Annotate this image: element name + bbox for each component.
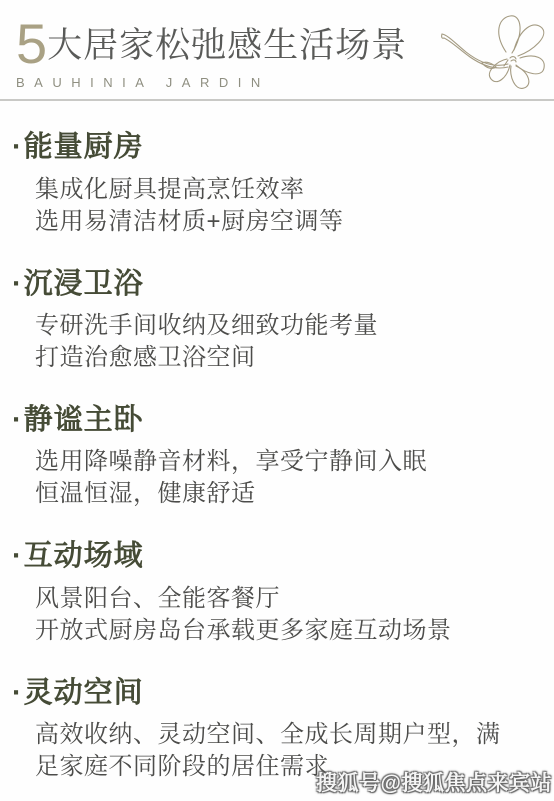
- body-line: 打造治愈感卫浴空间: [35, 342, 538, 374]
- body-line: 选用易清洁材质+厨房空调等: [35, 206, 538, 238]
- section-heading: ·沉浸卫浴: [12, 269, 538, 299]
- bullet-dot: ·: [12, 268, 23, 300]
- body-line: 开放式厨房岛台承载更多家庭互动场景: [35, 615, 538, 647]
- section-heading-text: 沉浸卫浴: [24, 268, 144, 300]
- section-bathroom: ·沉浸卫浴 专研洗手间收纳及细致功能考量 打造治愈感卫浴空间: [12, 269, 538, 374]
- section-heading-text: 静谧主卧: [24, 404, 144, 436]
- bullet-dot: ·: [12, 404, 23, 436]
- bullet-dot: ·: [12, 677, 23, 709]
- section-heading: ·互动场域: [12, 541, 538, 571]
- section-kitchen: ·能量厨房 集成化厨具提高烹饪效率 选用易清洁材质+厨房空调等: [12, 132, 538, 237]
- section-body: 集成化厨具提高烹饪效率 选用易清洁材质+厨房空调等: [12, 174, 538, 238]
- title-text: 大居家松弛感生活场景: [47, 28, 407, 63]
- section-heading: ·能量厨房: [12, 132, 538, 162]
- section-body: 专研洗手间收纳及细致功能考量 打造治愈感卫浴空间: [12, 310, 538, 374]
- section-body: 选用降噪静音材料，享受宁静间入眠 恒温恒湿，健康舒适: [12, 446, 538, 510]
- section-heading-text: 互动场域: [24, 540, 144, 572]
- section-heading-text: 能量厨房: [24, 131, 144, 163]
- section-heading-text: 灵动空间: [24, 677, 144, 709]
- body-line: 风景阳台、全能客餐厅: [35, 583, 538, 615]
- section-interactive-area: ·互动场域 风景阳台、全能客餐厅 开放式厨房岛台承载更多家庭互动场景: [12, 541, 538, 646]
- body-line: 选用降噪静音材料，享受宁静间入眠: [35, 446, 538, 478]
- watermark: 搜狐号@搜狐焦点来宾站: [316, 767, 552, 797]
- section-heading: ·灵动空间: [12, 678, 538, 708]
- bauhinia-flower-icon: [436, 8, 548, 92]
- header: 5 大居家松弛感生活场景 BAUHINIA JARDIN: [0, 0, 554, 101]
- section-bedroom: ·静谧主卧 选用降噪静音材料，享受宁静间入眠 恒温恒湿，健康舒适: [12, 405, 538, 510]
- bullet-dot: ·: [12, 131, 23, 163]
- body-line: 集成化厨具提高烹饪效率: [35, 174, 538, 206]
- scenario-list: ·能量厨房 集成化厨具提高烹饪效率 选用易清洁材质+厨房空调等 ·沉浸卫浴 专研…: [0, 101, 554, 783]
- bullet-dot: ·: [12, 540, 23, 572]
- body-line: 恒温恒湿，健康舒适: [35, 478, 538, 510]
- header-divider: [0, 99, 554, 101]
- section-body: 风景阳台、全能客餐厅 开放式厨房岛台承载更多家庭互动场景: [12, 583, 538, 647]
- title-number: 5: [16, 20, 47, 68]
- poster-page: 5 大居家松弛感生活场景 BAUHINIA JARDIN: [0, 0, 554, 801]
- body-line: 高效收纳、灵动空间、全成长周期户型，满: [35, 719, 538, 751]
- section-heading: ·静谧主卧: [12, 405, 538, 435]
- body-line: 专研洗手间收纳及细致功能考量: [35, 310, 538, 342]
